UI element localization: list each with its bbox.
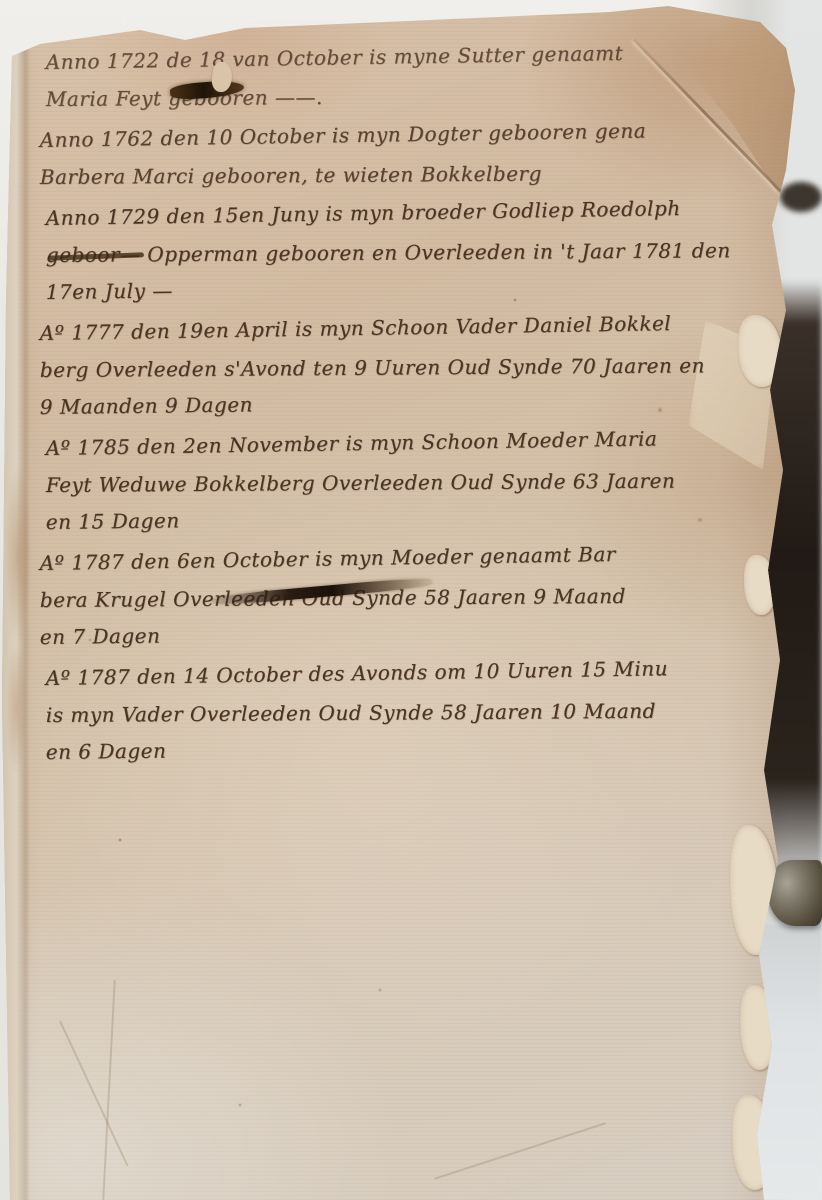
text-line: 9 Maanden 9 Dagen (40, 380, 776, 426)
text-line: en 7 Dagen (40, 610, 776, 656)
record: Aº 1785 den 2en November is myn Schoon M… (46, 430, 776, 541)
record: Anno 1722 de 18 van October is myne Sutt… (46, 44, 776, 118)
metal-clasp (768, 860, 822, 926)
record: Aº 1777 den 19en April is myn Schoon Vad… (46, 315, 776, 426)
manuscript-page: Anno 1722 de 18 van October is myne Sutt… (0, 0, 800, 1200)
record: Aº 1787 den 6en October is myn Moeder ge… (46, 545, 776, 656)
text-line: en 6 Dagen (46, 725, 776, 771)
small-shadow-blob (780, 182, 822, 212)
text-line: en 15 Dagen (46, 495, 776, 541)
text-line: Anno 1722 de 18 van October is myne Sutt… (45, 33, 775, 81)
record: Anno 1729 den 15en Juny is myn broeder G… (46, 200, 776, 311)
record: Aº 1787 den 14 October des Avonds om 10 … (46, 660, 776, 771)
paper-crease (102, 980, 116, 1200)
photo-of-manuscript: Anno 1722 de 18 van October is myne Sutt… (0, 0, 822, 1200)
binding-edge (0, 28, 30, 1200)
paper-crease (59, 1021, 128, 1167)
paper-crease (434, 1122, 606, 1180)
text-line: 17en July — (46, 265, 776, 311)
manuscript-text: Anno 1722 de 18 van October is myne Sutt… (46, 44, 776, 775)
record: Anno 1762 den 10 October is myn Dogter g… (46, 122, 776, 196)
